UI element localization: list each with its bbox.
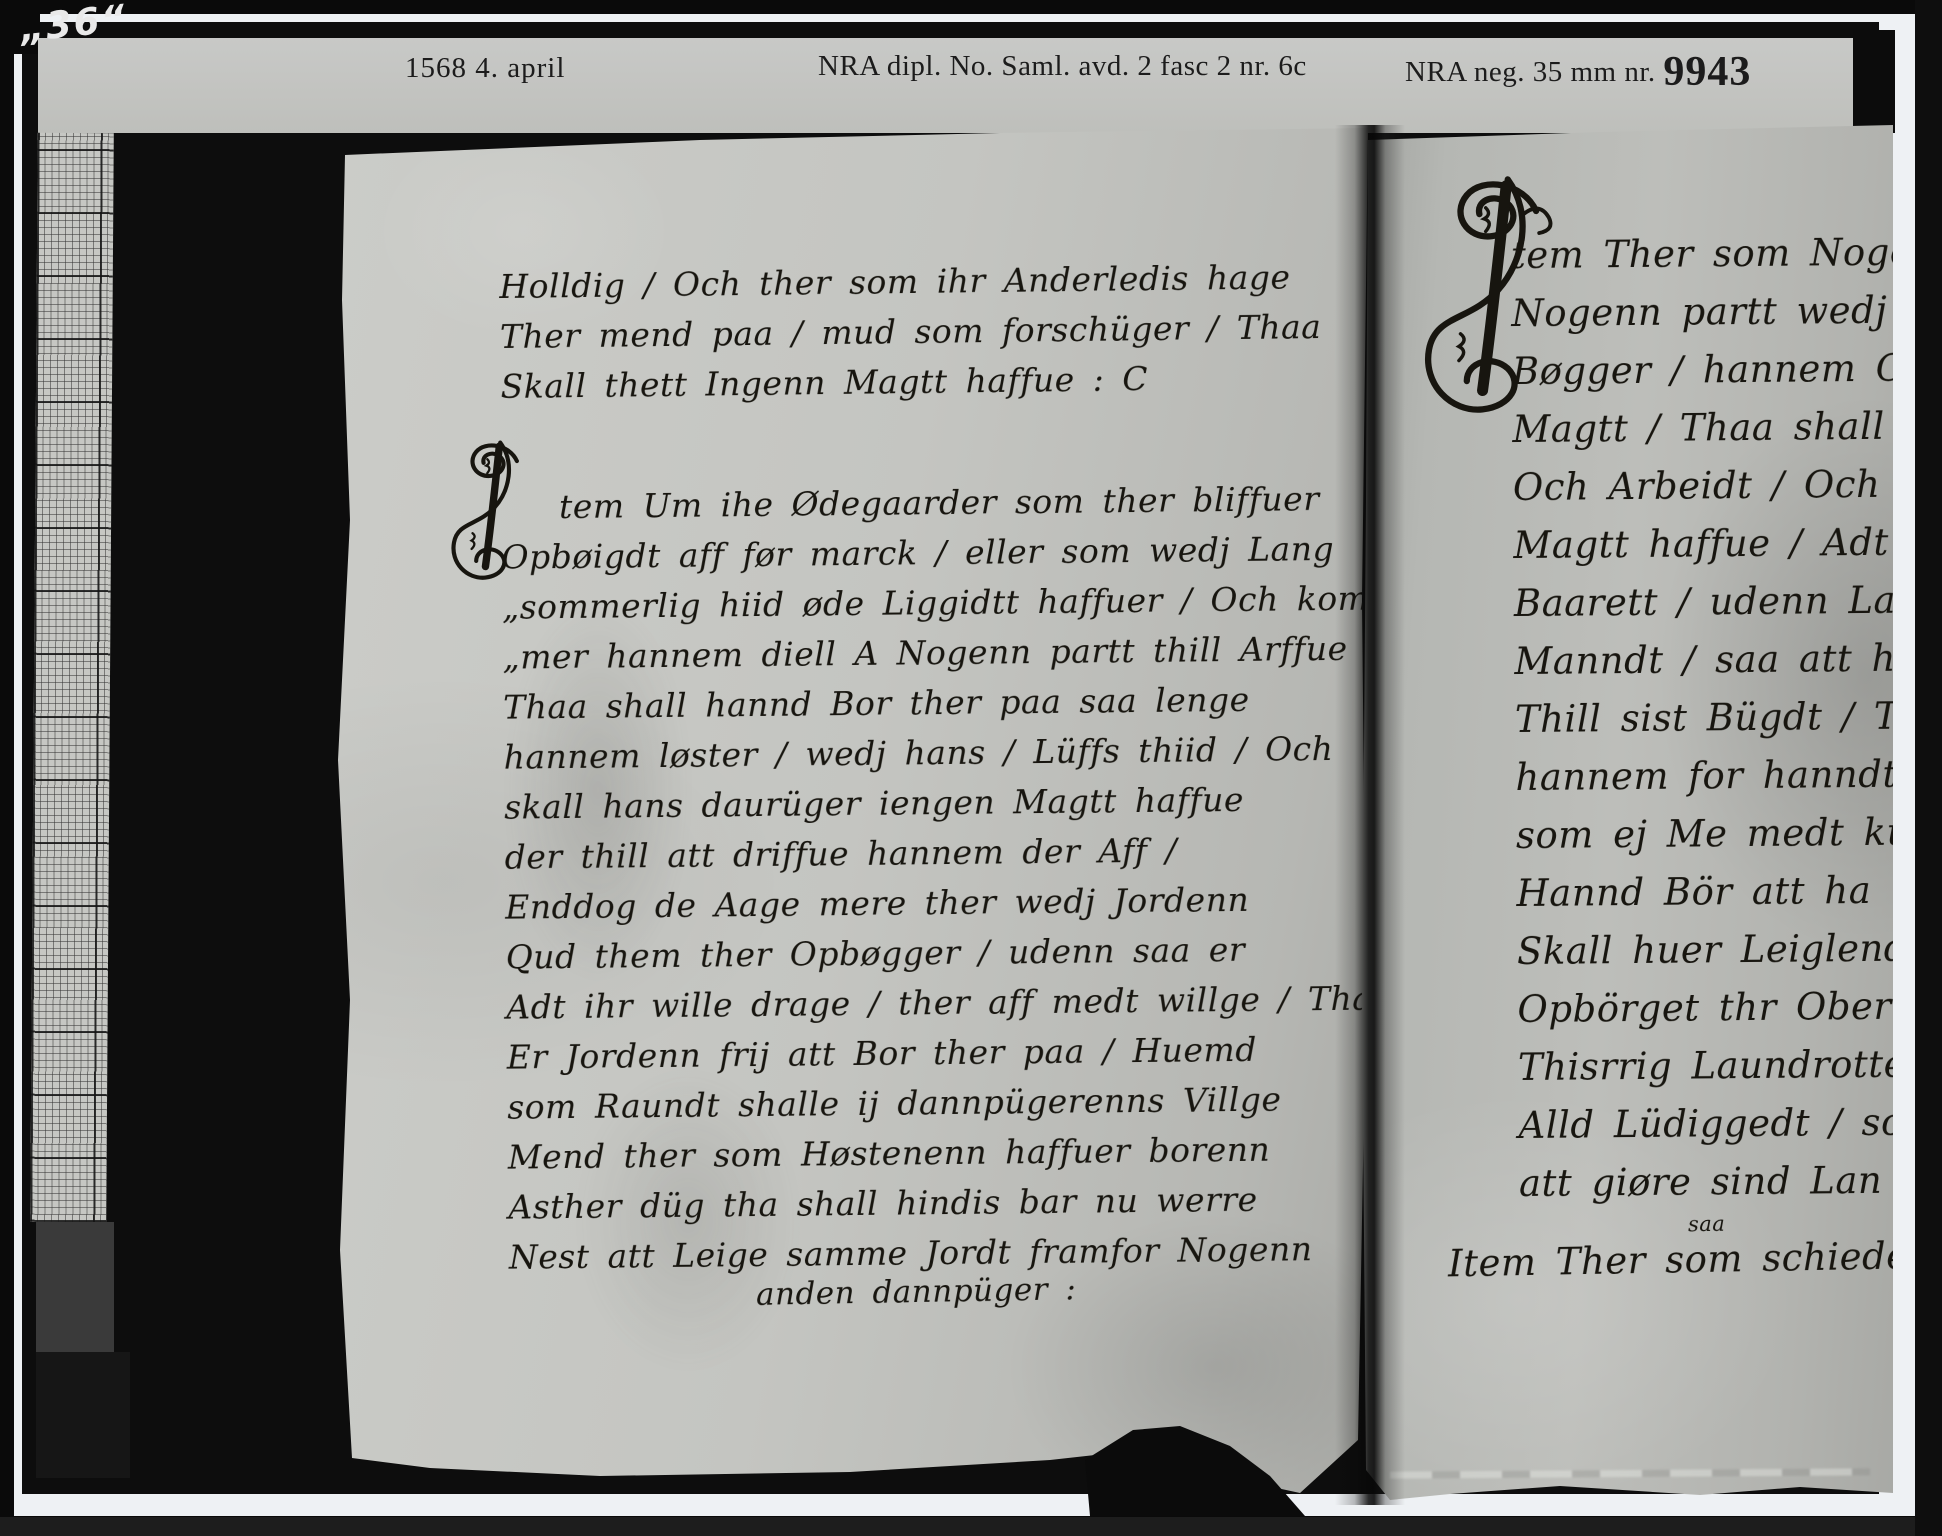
manuscript-line: Bøgger / hannem Op / [1512,346,1893,408]
manuscript-right-page: tem Ther som NogerNogenn partt wedj ØBøg… [1360,118,1893,1508]
right-page-item-line: Item Ther som schiede å [1448,1234,1893,1286]
manuscript-line: Skall thett Ingenn Magtt haffue : C [500,357,1322,417]
torn-bottom-edge [1390,1468,1870,1478]
header-right-notch [1853,30,1895,133]
mount-right-strip [1915,0,1942,1536]
manuscript-line: Skall huer Leiglendi [1517,926,1893,988]
manuscript-left-page: Holldig / Och ther som ihr Anderledis ha… [338,120,1370,1505]
manuscript-line: Thisrrig Laundrotter [1518,1042,1893,1104]
right-page-paragraph: tem Ther som NogerNogenn partt wedj ØBøg… [1511,230,1893,1220]
manuscript-line: som ej Me medt kun [1516,810,1893,872]
manuscript-line: der thill att driffue hannem der Aff / [505,828,1370,887]
manuscript-line: Magtt / Thaa shall / gr [1512,404,1893,466]
manuscript-line: Qud them ther Opbøgger / udenn saa er [506,928,1370,987]
manuscript-line: hannem for hanndt [1515,752,1893,814]
manuscript-line: Nogenn partt wedj Ø [1511,288,1893,350]
left-page-closing-line: anden dannpüger : [756,1271,1077,1313]
archival-photo: 1568 4. april NRA dipl. No. Saml. avd. 2… [0,0,1942,1536]
manuscript-line: tem Ther som Noger [1511,230,1893,292]
manuscript-line: Thaa shall hannd Bor ther paa saa lenge [503,678,1370,737]
manuscript-line: Mend ther som Høstenenn haffuer borenn [508,1128,1370,1187]
manuscript-line: Er Jordenn frij att Bor ther paa / Huemd [507,1028,1370,1087]
left-page-paragraph-1: Holldig / Och ther som ihr Anderledis ha… [499,257,1322,417]
manuscript-line: Adt ihr wille drage / ther aff medt will… [506,978,1370,1037]
manuscript-line: Magtt haffue / Adt B [1513,520,1893,582]
manuscript-line: „sommerlig hiid øde Liggidtt haffuer / O… [502,578,1370,637]
manuscript-line: tem Um ihe Ødegaarder som ther bliffuer [501,478,1370,537]
manuscript-line: Enddog de Aage mere ther wedj Jordenn [505,878,1370,937]
manuscript-line: att giøre sind Lan [1519,1158,1893,1220]
negative-prefix: NRA neg. 35 mm nr. [1405,56,1663,88]
manuscript-line: Baarett / udenn Lan [1514,578,1893,640]
manuscript-line: Thill sist Bügdt / Th [1515,694,1893,756]
archive-reference: NRA dipl. No. Saml. avd. 2 fasc 2 nr. 6c [818,50,1307,83]
manuscript-line: Asther düg tha shall hindis bar nu werre [508,1178,1370,1237]
left-page-paragraph-2: tem Um ihe Ødegaarder som ther bliffuerO… [501,478,1370,1287]
mount-bottom-strip [0,1517,1942,1536]
manuscript-line: Alld Lüdiggedt / som [1518,1100,1893,1162]
manuscript-line: hannem løster / wedj hans / Lüffs thiid … [503,728,1370,787]
manuscript-line: skall hans daurüger iengen Magtt haffue [504,778,1370,837]
grayscale-patch-dark [36,1352,130,1478]
manuscript-line: Opbøigdt aff før marck / eller som wedj … [501,528,1370,587]
manuscript-line: som Raundt shalle ij dannpügerenns Villg… [507,1078,1370,1137]
manuscript-line: Manndt / saa att han [1514,636,1893,698]
manuscript-line: Och Arbeidt / Och [1513,462,1893,524]
negative-number: 9943 [1663,49,1751,95]
manuscript-line: „mer hannem diell A Nogenn partt thill A… [502,628,1370,687]
millimeter-ruler-strip [30,133,114,1223]
interlinear-word: saa [1688,1212,1726,1237]
document-date: 1568 4. april [405,52,565,85]
negative-number-label: NRA neg. 35 mm nr. 9943 [1405,48,1751,96]
page-fold-shadow [1335,125,1405,1505]
manuscript-line: Opbörget thr Oberg [1517,984,1893,1046]
grayscale-patch-gray [36,1222,114,1352]
manuscript-line: Hannd Bör att ha [1516,868,1893,930]
